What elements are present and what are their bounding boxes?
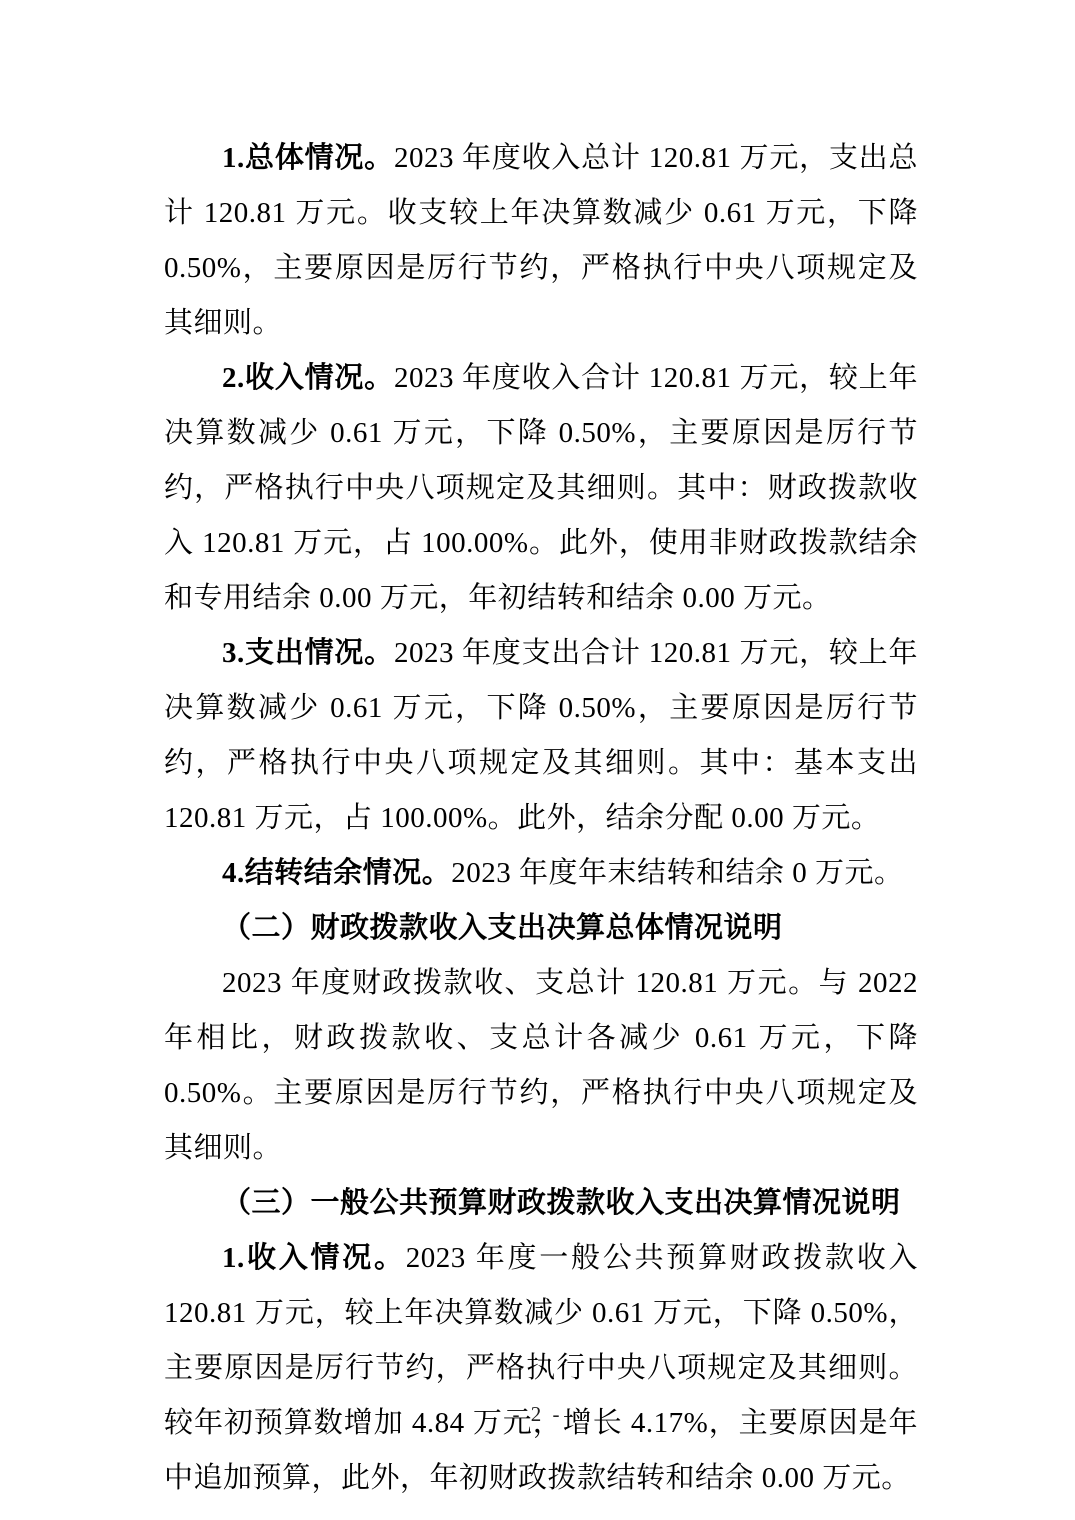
paragraph-income-situation: 2.收入情况。2023 年度收入合计 120.81 万元，较上年决算数减少 0.… [164, 351, 918, 626]
paragraph-general-budget-income: 1.收入情况。2023 年度一般公共预算财政拨款收入 120.81 万元，较上年… [164, 1231, 918, 1506]
paragraph-lead: 3.支出情况。 [222, 637, 394, 669]
document-page: 1.总体情况。2023 年度收入总计 120.81 万元，支出总计 120.81… [0, 0, 1075, 1520]
paragraph-overall-situation: 1.总体情况。2023 年度收入总计 120.81 万元，支出总计 120.81… [164, 131, 918, 351]
paragraph-lead: 2.收入情况。 [222, 362, 394, 394]
paragraph-text: 2023 年度年末结转和结余 0 万元。 [451, 857, 903, 889]
paragraph-fiscal-appropriation-total: 2023 年度财政拨款收、支总计 120.81 万元。与 2022 年相比，财政… [164, 956, 918, 1176]
paragraph-expenditure-situation: 3.支出情况。2023 年度支出合计 120.81 万元，较上年决算数减少 0.… [164, 626, 918, 846]
page-number: - 2 - [0, 1398, 1075, 1430]
paragraph-text: 2023 年度收入合计 120.81 万元，较上年决算数减少 0.61 万元，下… [164, 362, 918, 614]
document-body: 1.总体情况。2023 年度收入总计 120.81 万元，支出总计 120.81… [164, 131, 918, 1506]
paragraph-lead: 1.总体情况。 [222, 142, 394, 174]
section-heading-fiscal-appropriation: （二）财政拨款收入支出决算总体情况说明 [164, 901, 918, 956]
paragraph-text: 2023 年度一般公共预算财政拨款收入 120.81 万元，较上年决算数减少 0… [164, 1242, 918, 1494]
paragraph-carryover-situation: 4.结转结余情况。2023 年度年末结转和结余 0 万元。 [164, 846, 918, 901]
section-heading-general-public-budget: （三）一般公共预算财政拨款收入支出决算情况说明 [164, 1176, 918, 1231]
paragraph-lead: 1.收入情况。 [222, 1242, 406, 1274]
paragraph-lead: 4.结转结余情况。 [222, 857, 451, 889]
